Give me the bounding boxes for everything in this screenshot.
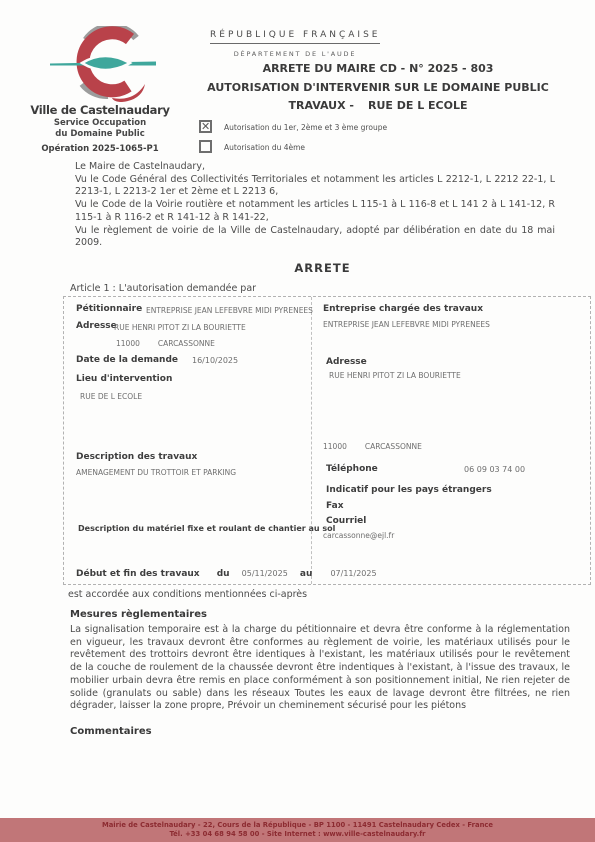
- checkbox-groupe-1-2-3: ✕: [199, 120, 212, 133]
- footer-contact-line: Tél. +33 04 68 94 58 00 - Site Internet …: [0, 830, 595, 839]
- preamble-vu-reglement: Vu le règlement de voirie de la Ville de…: [75, 225, 555, 250]
- checkbox-groupe-1-2-3-label: Autorisation du 1er, 2ème et 3 ème group…: [224, 123, 387, 132]
- lieu-intervention-label: Lieu d'intervention: [76, 374, 172, 384]
- departement-subtitle: DÉPARTEMENT DE L'AUDE: [210, 50, 380, 58]
- telephone-label: Téléphone: [326, 464, 378, 474]
- arrete-heading: ARRETE: [70, 261, 575, 275]
- cp-ville-left: 11000CARCASSONNE: [116, 339, 215, 348]
- checkbox-groupe-4-label: Autorisation du 4ème: [224, 143, 305, 152]
- mesures-heading: Mesures règlementaires: [70, 609, 207, 620]
- date-demande-value: 16/10/2025: [192, 356, 238, 365]
- preamble-maire-line: Le Maire de Castelnaudary,: [75, 161, 555, 174]
- description-materiel-label: Description du matériel fixe et roulant …: [78, 524, 335, 533]
- entreprise-travaux-value: ENTREPRISE JEAN LEFEBVRE MIDI PYRENEES: [323, 320, 490, 329]
- authorization-table: Pétitionnaire ENTREPRISE JEAN LEFEBVRE M…: [63, 296, 591, 585]
- ville-right: CARCASSONNE: [365, 442, 422, 451]
- adresse-label-right: Adresse: [326, 357, 367, 367]
- preamble-vu-voirie: Vu le Code de la Voirie routière et nota…: [75, 199, 555, 224]
- operation-number: Opération 2025-1065-P1: [12, 144, 188, 154]
- description-travaux-value: AMENAGEMENT DU TROTTOIR ET PARKING: [76, 468, 236, 477]
- logo-service-line1: Service Occupation: [12, 118, 188, 128]
- adresse-label-left: Adresse: [76, 321, 117, 331]
- mesures-body: La signalisation temporaire est à la cha…: [70, 624, 570, 713]
- indicatif-label: Indicatif pour les pays étrangers: [326, 485, 492, 495]
- table-column-divider: [311, 297, 312, 584]
- logo-service-line2: du Domaine Public: [12, 129, 188, 139]
- arrete-number-title: ARRETE DU MAIRE CD - N° 2025 - 803: [168, 62, 588, 75]
- castelnaudary-logo-icon: [48, 26, 160, 106]
- autorisation-title: AUTORISATION D'INTERVENIR SUR LE DOMAINE…: [168, 81, 588, 94]
- est-accordee-line: est accordée aux conditions mentionnées …: [68, 589, 307, 600]
- travaux-title: TRAVAUX -RUE DE L ECOLE: [168, 99, 588, 112]
- travaux-street: RUE DE L ECOLE: [368, 99, 468, 112]
- date-demande-label: Date de la demande: [76, 355, 178, 365]
- logo-city-name: Ville de Castelnaudary: [12, 103, 188, 117]
- adresse-value-left: RUE HENRI PITOT ZI LA BOURIETTE: [114, 323, 246, 332]
- footer-address-line: Mairie de Castelnaudary - 22, Cours de l…: [0, 821, 595, 830]
- telephone-value: 06 09 03 74 00: [464, 465, 525, 474]
- travaux-label: TRAVAUX -: [288, 99, 354, 112]
- du-label: du: [217, 569, 230, 579]
- petitionnaire-value: ENTREPRISE JEAN LEFEBVRE MIDI PYRENEES: [146, 306, 313, 315]
- checkbox-groupe-4: [199, 140, 212, 153]
- courriel-value: carcassonne@ejl.fr: [323, 531, 394, 540]
- debut-fin-label: Début et fin des travaux: [76, 569, 200, 579]
- commentaires-heading: Commentaires: [70, 726, 152, 737]
- fax-label: Fax: [326, 501, 344, 511]
- preamble-block: Le Maire de Castelnaudary, Vu le Code Gé…: [75, 161, 555, 250]
- article-1-line: Article 1 : L'autorisation demandée par: [70, 283, 256, 294]
- document-page: Ville de Castelnaudary Service Occupatio…: [0, 0, 595, 842]
- petitionnaire-label: Pétitionnaire: [76, 304, 142, 314]
- description-travaux-label: Description des travaux: [76, 452, 197, 462]
- adresse-value-right: RUE HENRI PITOT ZI LA BOURIETTE: [329, 371, 461, 380]
- date-fin-value: 07/11/2025: [330, 569, 376, 578]
- cp-right: 11000: [323, 442, 347, 451]
- footer-band: Mairie de Castelnaudary - 22, Cours de l…: [0, 818, 595, 842]
- debut-fin-row: Début et fin des travaux du 05/11/2025 a…: [76, 561, 377, 580]
- ville-left: CARCASSONNE: [158, 339, 215, 348]
- courriel-label: Courriel: [326, 516, 366, 526]
- preamble-vu-cgct: Vu le Code Général des Collectivités Ter…: [75, 174, 555, 199]
- cp-left: 11000: [116, 339, 140, 348]
- au-label: au: [300, 569, 312, 579]
- republique-francaise-title: RÉPUBLIQUE FRANÇAISE: [210, 30, 380, 44]
- entreprise-travaux-label: Entreprise chargée des travaux: [323, 304, 483, 314]
- date-debut-value: 05/11/2025: [242, 569, 288, 578]
- lieu-intervention-value: RUE DE L ECOLE: [80, 392, 142, 401]
- cp-ville-right: 11000CARCASSONNE: [323, 442, 422, 451]
